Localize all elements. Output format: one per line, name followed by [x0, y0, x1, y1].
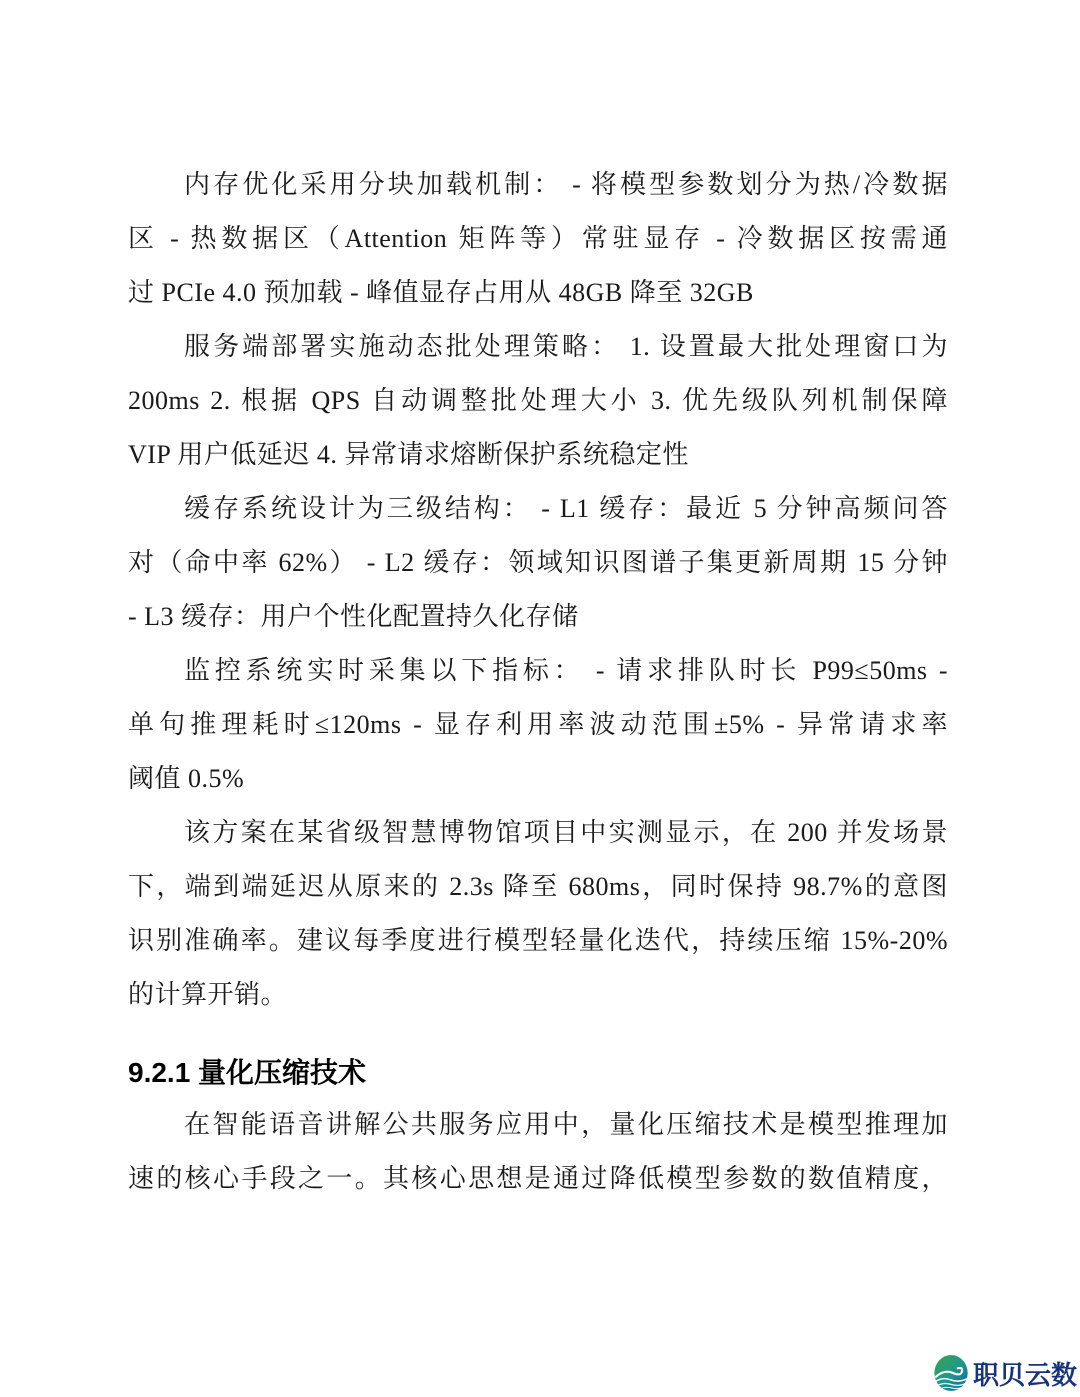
brand-wave-logo-icon	[933, 1353, 971, 1393]
text-line: 对（命中率 62%） - L2 缓存：领域知识图谱子集更新周期 15 分钟	[128, 536, 948, 590]
text-line: 过 PCIe 4.0 预加载 - 峰值显存占用从 48GB 降至 32GB	[128, 266, 948, 320]
text-line: 200ms 2. 根据 QPS 自动调整批处理大小 3. 优先级队列机制保障	[128, 374, 948, 428]
text-line: 该方案在某省级智慧博物馆项目中实测显示，在 200 并发场景	[128, 806, 948, 860]
text-line: 区 - 热数据区（Attention 矩阵等）常驻显存 - 冷数据区按需通	[128, 212, 948, 266]
document-page: 内存优化采用分块加载机制： - 将模型参数划分为热/冷数据 区 - 热数据区（A…	[0, 0, 1080, 1397]
text-line: 监控系统实时采集以下指标： - 请求排队时长 P99≤50ms -	[128, 644, 948, 698]
text-line: 阈值 0.5%	[128, 752, 948, 806]
text-line: 服务端部署实施动态批处理策略： 1. 设置最大批处理窗口为	[128, 320, 948, 374]
text-line: 单句推理耗时≤120ms - 显存利用率波动范围±5% - 异常请求率	[128, 698, 948, 752]
text-line: 下，端到端延迟从原来的 2.3s 降至 680ms，同时保持 98.7%的意图	[128, 860, 948, 914]
footer-brand: 职贝云数	[933, 1353, 1077, 1393]
section-heading: 9.2.1 量化压缩技术	[128, 1048, 948, 1098]
text-line: 的计算开销。	[128, 968, 948, 1022]
text-line: 识别准确率。建议每季度进行模型轻量化迭代，持续压缩 15%-20%	[128, 914, 948, 968]
document-body: 内存优化采用分块加载机制： - 将模型参数划分为热/冷数据 区 - 热数据区（A…	[128, 158, 948, 1206]
text-line: VIP 用户低延迟 4. 异常请求熔断保护系统稳定性	[128, 428, 948, 482]
text-line: 缓存系统设计为三级结构： - L1 缓存：最近 5 分钟高频问答	[128, 482, 948, 536]
text-line: 速的核心手段之一。其核心思想是通过降低模型参数的数值精度，	[128, 1152, 948, 1206]
text-line: 在智能语音讲解公共服务应用中，量化压缩技术是模型推理加	[128, 1098, 948, 1152]
text-line: - L3 缓存：用户个性化配置持久化存储	[128, 590, 948, 644]
brand-name: 职贝云数	[973, 1355, 1077, 1392]
text-line: 内存优化采用分块加载机制： - 将模型参数划分为热/冷数据	[128, 158, 948, 212]
